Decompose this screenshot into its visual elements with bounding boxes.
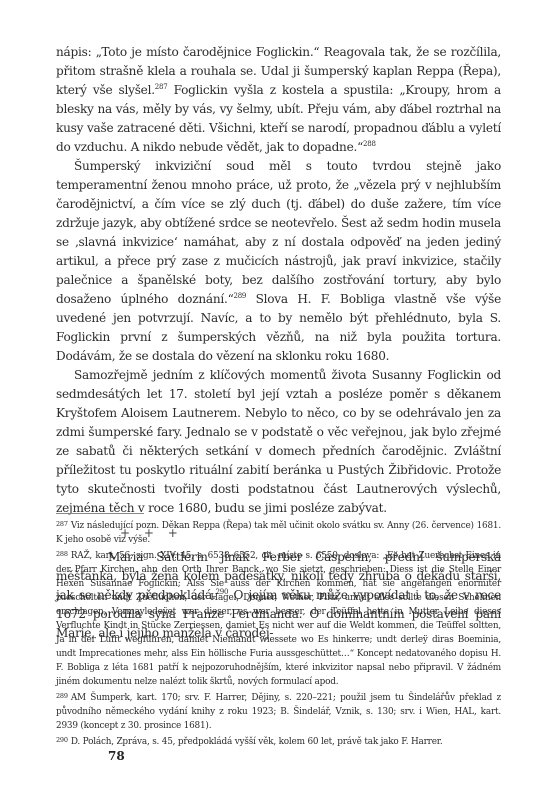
book-page: nápis: „Toto je místo čarodějnice Foglic… (0, 0, 557, 800)
page-number: 78 (108, 749, 125, 763)
footnote-289: 289AM Šumperk, kart. 170; srv. F. Harrer… (56, 689, 501, 733)
footnote-ref-287[interactable]: 287 (155, 83, 168, 91)
footnote-number: 290 (56, 736, 68, 744)
footnotes: 287Viz následující pozn. Děkan Reppa (Ře… (56, 517, 501, 749)
footnote-288: 288RAŽ, kart. 56, sign. XIV. 45, s. 6538… (56, 547, 501, 689)
footnote-number: 289 (56, 692, 68, 700)
footnote-number: 287 (56, 520, 68, 528)
footnote-divider (56, 513, 144, 514)
paragraph-1: nápis: „Toto je místo čarodějnice Foglic… (56, 43, 501, 157)
paragraph-2: Šumperský inkviziční soud měl s touto tv… (56, 157, 501, 366)
footnote-290: 290D. Polách, Zpráva, s. 45, předpokládá… (56, 733, 501, 749)
footnote-number: 288 (56, 550, 68, 558)
footnote-287: 287Viz následující pozn. Děkan Reppa (Ře… (56, 517, 501, 547)
footnote-ref-289[interactable]: 289 (234, 292, 247, 300)
footnote-ref-288[interactable]: 288 (363, 140, 376, 148)
paragraph-3: Samozřejmě jedním z klíčových momentů ži… (56, 366, 501, 518)
